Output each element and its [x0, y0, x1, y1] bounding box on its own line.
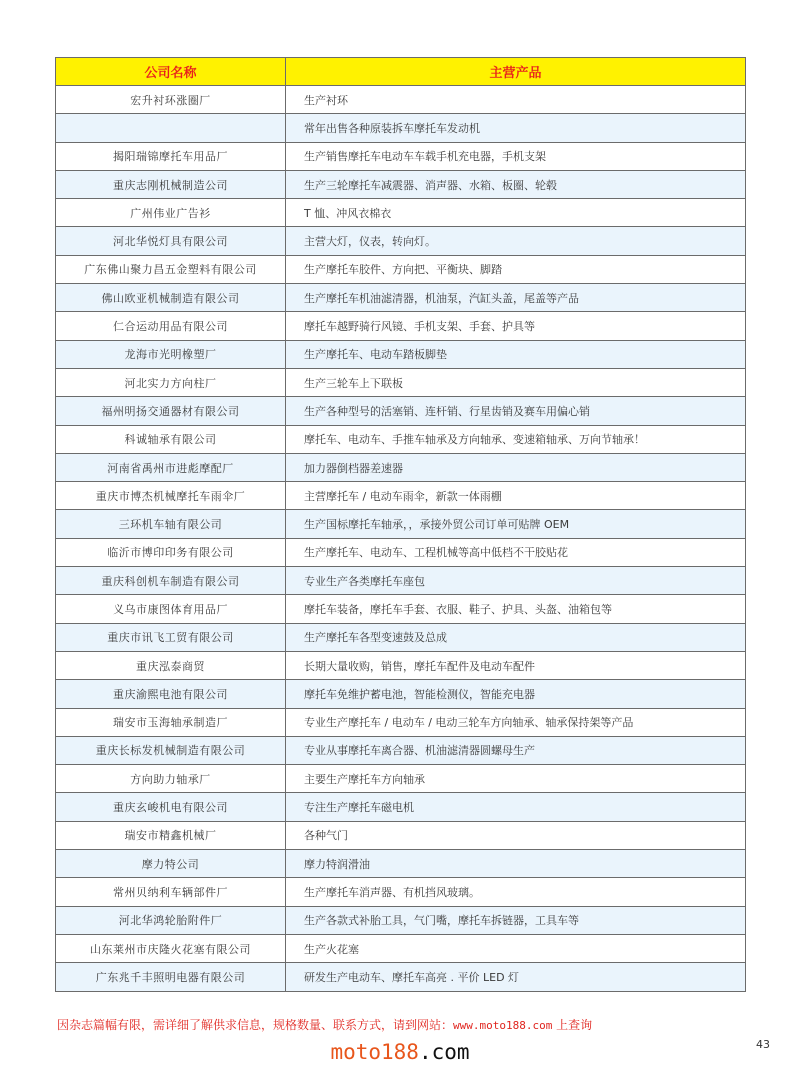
main-products-cell: 生产三轮车上下联板 [286, 368, 746, 396]
table-row: 龙海市光明橡塑厂生产摩托车、电动车踏板脚垫 [56, 340, 746, 368]
table-row: 三环机车轴有限公司生产国标摩托车轴承，，承接外贸公司订单可贴牌 OEM [56, 510, 746, 538]
notice-prefix: 因杂志篇幅有限，需详细了解供求信息，规格数量、联系方式，请到网站： [57, 1018, 453, 1032]
table-row: 佛山欧亚机械制造有限公司生产摩托车机油滤清器，机油泵，汽缸头盖，尾盖等产品 [56, 284, 746, 312]
main-products-cell: 生产衬环 [286, 86, 746, 114]
company-name-cell: 科诚轴承有限公司 [56, 425, 286, 453]
table-row: 仁合运动用品有限公司摩托车越野骑行风镜、手机支架、手套、护具等 [56, 312, 746, 340]
main-products-cell: T 恤、冲风衣棉衣 [286, 199, 746, 227]
main-products-cell: 生产销售摩托车电动车车载手机充电器，手机支架 [286, 142, 746, 170]
brand-logo: moto188.com [0, 1040, 800, 1064]
table-row: 宏升衬环涨圈厂生产衬环 [56, 86, 746, 114]
table-body: 宏升衬环涨圈厂生产衬环常年出售各种原装拆车摩托车发动机揭阳瑞锦摩托车用品厂生产销… [56, 86, 746, 992]
table-row: 重庆科创机车制造有限公司专业生产各类摩托车座包 [56, 567, 746, 595]
header-main-products: 主营产品 [286, 58, 746, 86]
table-row: 河北华鸿轮胎附件厂生产各款式补胎工具，气门嘴，摩托车拆链器，工具车等 [56, 906, 746, 934]
main-products-cell: 常年出售各种原装拆车摩托车发动机 [286, 114, 746, 142]
company-name-cell: 三环机车轴有限公司 [56, 510, 286, 538]
main-products-cell: 加力器倒档器差速器 [286, 453, 746, 481]
company-name-cell: 瑞安市精鑫机械厂 [56, 821, 286, 849]
company-name-cell: 宏升衬环涨圈厂 [56, 86, 286, 114]
table-row: 重庆志刚机械制造公司生产三轮摩托车减震器、消声器、水箱、板圈、轮毂 [56, 170, 746, 198]
main-products-cell: 专业生产各类摩托车座包 [286, 567, 746, 595]
main-products-cell: 摩力特润滑油 [286, 850, 746, 878]
company-name-cell: 重庆泓泰商贸 [56, 651, 286, 679]
company-name-cell: 河北华鸿轮胎附件厂 [56, 906, 286, 934]
table-row: 摩力特公司摩力特润滑油 [56, 850, 746, 878]
company-name-cell: 揭阳瑞锦摩托车用品厂 [56, 142, 286, 170]
table-row: 广东兆千丰照明电器有限公司研发生产电动车、摩托车高亮 . 平价 LED 灯 [56, 963, 746, 991]
website-link[interactable]: www.moto188.com [453, 1019, 552, 1032]
brand-domain: .com [419, 1040, 470, 1064]
main-products-cell: 长期大量收购，销售，摩托车配件及电动车配件 [286, 651, 746, 679]
main-products-cell: 专业从事摩托车离合器、机油滤清器圆螺母生产 [286, 736, 746, 764]
notice-suffix: 上查询 [552, 1018, 592, 1032]
main-products-cell: 生产摩托车、电动车、工程机械等高中低档不干胶贴花 [286, 538, 746, 566]
company-name-cell: 瑞安市玉海轴承制造厂 [56, 708, 286, 736]
company-name-cell: 重庆科创机车制造有限公司 [56, 567, 286, 595]
company-name-cell: 义乌市康图体育用品厂 [56, 595, 286, 623]
table-row: 山东莱州市庆隆火花塞有限公司生产火花塞 [56, 934, 746, 962]
company-name-cell: 龙海市光明橡塑厂 [56, 340, 286, 368]
table-row: 义乌市康图体育用品厂摩托车装备，摩托车手套、衣服、鞋子、护具、头盔、油箱包等 [56, 595, 746, 623]
table-row: 临沂市博印印务有限公司生产摩托车、电动车、工程机械等高中低档不干胶贴花 [56, 538, 746, 566]
company-name-cell [56, 114, 286, 142]
table-row: 方向助力轴承厂主要生产摩托车方向轴承 [56, 765, 746, 793]
main-products-cell: 生产摩托车、电动车踏板脚垫 [286, 340, 746, 368]
company-name-cell: 重庆渝熙电池有限公司 [56, 680, 286, 708]
main-products-cell: 生产三轮摩托车减震器、消声器、水箱、板圈、轮毂 [286, 170, 746, 198]
table-row: 河南省禹州市进彪摩配厂加力器倒档器差速器 [56, 453, 746, 481]
main-products-cell: 专注生产摩托车磁电机 [286, 793, 746, 821]
main-products-cell: 主营大灯，仪表，转向灯。 [286, 227, 746, 255]
table-row: 重庆渝熙电池有限公司摩托车免维护蓄电池，智能检测仪，智能充电器 [56, 680, 746, 708]
main-products-cell: 摩托车免维护蓄电池，智能检测仪，智能充电器 [286, 680, 746, 708]
header-company-name: 公司名称 [56, 58, 286, 86]
brand-name: moto188 [330, 1040, 419, 1064]
table-row: 科诚轴承有限公司摩托车、电动车、手推车轴承及方向轴承、变速箱轴承、万向节轴承！ [56, 425, 746, 453]
company-name-cell: 广东兆千丰照明电器有限公司 [56, 963, 286, 991]
supplier-table: 公司名称 主营产品 宏升衬环涨圈厂生产衬环常年出售各种原装拆车摩托车发动机揭阳瑞… [55, 57, 746, 992]
table-row: 福州明扬交通器材有限公司生产各种型号的活塞销、连杆销、行星齿销及赛车用偏心销 [56, 397, 746, 425]
company-name-cell: 方向助力轴承厂 [56, 765, 286, 793]
main-products-cell: 专业生产摩托车 / 电动车 / 电动三轮车方向轴承、轴承保持架等产品 [286, 708, 746, 736]
company-name-cell: 河南省禹州市进彪摩配厂 [56, 453, 286, 481]
notice-text: 因杂志篇幅有限，需详细了解供求信息，规格数量、联系方式，请到网站：www.mot… [57, 1016, 592, 1033]
main-products-cell: 摩托车装备，摩托车手套、衣服、鞋子、护具、头盔、油箱包等 [286, 595, 746, 623]
main-products-cell: 生产摩托车消声器、有机挡风玻璃。 [286, 878, 746, 906]
company-name-cell: 重庆志刚机械制造公司 [56, 170, 286, 198]
company-name-cell: 重庆长标发机械制造有限公司 [56, 736, 286, 764]
table-row: 重庆市讯飞工贸有限公司生产摩托车各型变速鼓及总成 [56, 623, 746, 651]
company-name-cell: 重庆玄峻机电有限公司 [56, 793, 286, 821]
main-products-cell: 研发生产电动车、摩托车高亮 . 平价 LED 灯 [286, 963, 746, 991]
table-header-row: 公司名称 主营产品 [56, 58, 746, 86]
table-row: 河北华悦灯具有限公司主营大灯，仪表，转向灯。 [56, 227, 746, 255]
table-row: 瑞安市精鑫机械厂各种气门 [56, 821, 746, 849]
company-name-cell: 福州明扬交通器材有限公司 [56, 397, 286, 425]
main-products-cell: 主营摩托车 / 电动车雨伞，新款一体雨棚 [286, 482, 746, 510]
main-products-cell: 生产摩托车机油滤清器，机油泵，汽缸头盖，尾盖等产品 [286, 284, 746, 312]
company-name-cell: 山东莱州市庆隆火花塞有限公司 [56, 934, 286, 962]
main-products-cell: 生产火花塞 [286, 934, 746, 962]
company-name-cell: 重庆市博杰机械摩托车雨伞厂 [56, 482, 286, 510]
company-name-cell: 河北实力方向柱厂 [56, 368, 286, 396]
table-row: 重庆玄峻机电有限公司专注生产摩托车磁电机 [56, 793, 746, 821]
table-row: 重庆泓泰商贸长期大量收购，销售，摩托车配件及电动车配件 [56, 651, 746, 679]
company-name-cell: 常州贝纳利车辆部件厂 [56, 878, 286, 906]
table-row: 河北实力方向柱厂生产三轮车上下联板 [56, 368, 746, 396]
table-row: 揭阳瑞锦摩托车用品厂生产销售摩托车电动车车载手机充电器，手机支架 [56, 142, 746, 170]
company-name-cell: 摩力特公司 [56, 850, 286, 878]
main-products-cell: 生产各种型号的活塞销、连杆销、行星齿销及赛车用偏心销 [286, 397, 746, 425]
table-row: 瑞安市玉海轴承制造厂专业生产摩托车 / 电动车 / 电动三轮车方向轴承、轴承保持… [56, 708, 746, 736]
company-name-cell: 广州伟业广告衫 [56, 199, 286, 227]
company-name-cell: 广东佛山聚力昌五金塑料有限公司 [56, 255, 286, 283]
main-products-cell: 生产各款式补胎工具，气门嘴，摩托车拆链器，工具车等 [286, 906, 746, 934]
company-name-cell: 河北华悦灯具有限公司 [56, 227, 286, 255]
table-row: 常年出售各种原装拆车摩托车发动机 [56, 114, 746, 142]
table-row: 广州伟业广告衫T 恤、冲风衣棉衣 [56, 199, 746, 227]
main-products-cell: 生产摩托车胶件、方向把、平衡块、脚踏 [286, 255, 746, 283]
company-name-cell: 临沂市博印印务有限公司 [56, 538, 286, 566]
company-name-cell: 佛山欧亚机械制造有限公司 [56, 284, 286, 312]
table-row: 常州贝纳利车辆部件厂生产摩托车消声器、有机挡风玻璃。 [56, 878, 746, 906]
table-row: 广东佛山聚力昌五金塑料有限公司生产摩托车胶件、方向把、平衡块、脚踏 [56, 255, 746, 283]
table-row: 重庆长标发机械制造有限公司专业从事摩托车离合器、机油滤清器圆螺母生产 [56, 736, 746, 764]
main-products-cell: 摩托车越野骑行风镜、手机支架、手套、护具等 [286, 312, 746, 340]
main-products-cell: 摩托车、电动车、手推车轴承及方向轴承、变速箱轴承、万向节轴承！ [286, 425, 746, 453]
main-products-cell: 生产国标摩托车轴承，，承接外贸公司订单可贴牌 OEM [286, 510, 746, 538]
table-row: 重庆市博杰机械摩托车雨伞厂主营摩托车 / 电动车雨伞，新款一体雨棚 [56, 482, 746, 510]
company-name-cell: 仁合运动用品有限公司 [56, 312, 286, 340]
company-name-cell: 重庆市讯飞工贸有限公司 [56, 623, 286, 651]
main-products-cell: 主要生产摩托车方向轴承 [286, 765, 746, 793]
main-products-cell: 生产摩托车各型变速鼓及总成 [286, 623, 746, 651]
main-products-cell: 各种气门 [286, 821, 746, 849]
